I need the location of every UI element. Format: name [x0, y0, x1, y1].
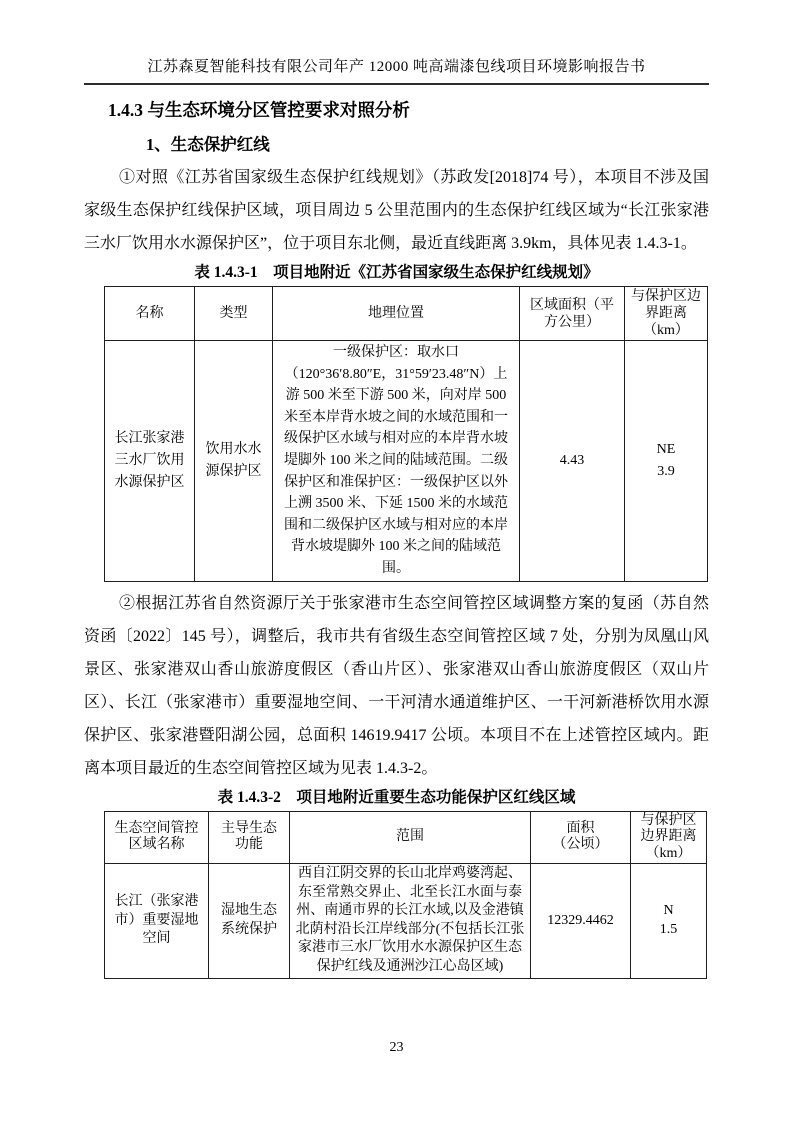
table1-header-type: 类型 [195, 287, 273, 341]
paragraph-ecological-red-line: ①对照《江苏省国家级生态保护红线规划》（苏政发[2018]74 号），本项目不涉… [84, 161, 709, 260]
table2-header-zone-name: 生态空间管控 区域名称 [105, 811, 209, 864]
table1-header-distance: 与保护区边 界距离 （km） [625, 287, 708, 341]
table2-cell-distance: N 1.5 [631, 864, 707, 979]
table-ecological-function-zones: 生态空间管控 区域名称 主导生态 功能 范围 面积 （公顷） 与保护区 边界距离… [104, 811, 707, 979]
table1-header-row: 名称 类型 地理位置 区域面积（平 方公里） 与保护区边 界距离 （km） [105, 287, 708, 341]
table1-cell-type: 饮用水水 源保护区 [195, 341, 273, 582]
section-heading: 1.4.3 与生态环境分区管控要求对照分析 [108, 99, 709, 121]
table1-cell-distance: NE 3.9 [625, 341, 708, 582]
report-title: 江苏森夏智能科技有限公司年产 12000 吨高端漆包线项目环境影响报告书 [84, 56, 709, 78]
page-footer: 23 [0, 1040, 793, 1056]
table1-header-location: 地理位置 [273, 287, 520, 341]
table1-header-area: 区域面积（平 方公里） [520, 287, 625, 341]
subsection-heading: 1、生态保护红线 [146, 134, 709, 156]
table1-header-name: 名称 [105, 287, 195, 341]
table-red-line-planning: 名称 类型 地理位置 区域面积（平 方公里） 与保护区边 界距离 （km） 长江… [104, 286, 708, 582]
table1-cell-location: 一级保护区：取水口 （120°36′8.80″E，31°59′23.48″N）上… [273, 341, 520, 582]
table2-header-scope: 范围 [290, 811, 531, 864]
table2-cell-zone-name: 长江（张家港 市）重要湿地 空间 [105, 864, 209, 979]
table1-caption: 表 1.4.3-1 项目地附近《江苏省国家级生态保护红线规划》 [84, 263, 709, 283]
table2-cell-function: 湿地生态 系统保护 [209, 864, 290, 979]
table2-header-distance: 与保护区 边界距离 （km） [631, 811, 707, 864]
table2-header-area: 面积 （公顷） [531, 811, 631, 864]
table2-cell-area: 12329.4462 [531, 864, 631, 979]
table2-data-row: 长江（张家港 市）重要湿地 空间 湿地生态 系统保护 西自江阴交界的长山北岸鸡婆… [105, 864, 707, 979]
table1-cell-name: 长江张家港 三水厂饮用 水源保护区 [105, 341, 195, 582]
table2-caption: 表 1.4.3-2 项目地附近重要生态功能保护区红线区域 [84, 788, 709, 808]
paragraph-ecological-space-control: ②根据江苏省自然资源厅关于张家港市生态空间管控区域调整方案的复函（苏自然资函〔2… [84, 587, 709, 785]
document-page: 江苏森夏智能科技有限公司年产 12000 吨高端漆包线项目环境影响报告书 1.4… [0, 0, 793, 1122]
table2-cell-scope: 西自江阴交界的长山北岸鸡婆湾起、 东至常熟交界止、北至长江水面与泰 州、南通市界… [290, 864, 531, 979]
page-header: 江苏森夏智能科技有限公司年产 12000 吨高端漆包线项目环境影响报告书 [84, 0, 709, 85]
table2-header-function: 主导生态 功能 [209, 811, 290, 864]
table1-data-row: 长江张家港 三水厂饮用 水源保护区 饮用水水 源保护区 一级保护区：取水口 （1… [105, 341, 708, 582]
table1-cell-area: 4.43 [520, 341, 625, 582]
table2-header-row: 生态空间管控 区域名称 主导生态 功能 范围 面积 （公顷） 与保护区 边界距离… [105, 811, 707, 864]
page-number: 23 [390, 1040, 404, 1055]
